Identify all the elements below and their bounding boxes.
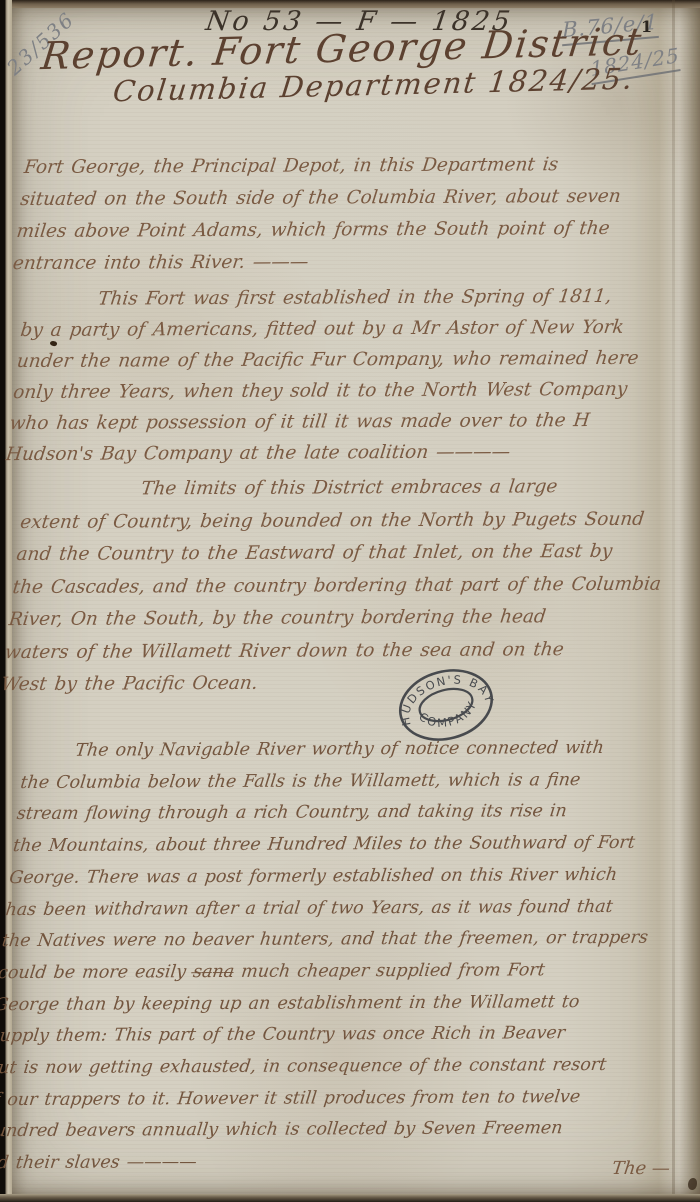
manuscript-line: stream flowing through a rich Country, a…: [15, 796, 679, 831]
manuscript-line: only three Years, when they sold it to t…: [11, 374, 675, 408]
manuscript-line: George than by keeping up an establishme…: [0, 986, 656, 1021]
manuscript-line: who has kept possession of it till it wa…: [8, 405, 672, 439]
manuscript-line: the Mountains, about three Hundred Miles…: [11, 828, 675, 863]
manuscript-line: The limits of this District embraces a l…: [22, 471, 686, 507]
catchword: The —: [611, 1158, 672, 1179]
manuscript-line: supply them: This part of the Country wa…: [0, 1018, 652, 1053]
manuscript-line: and their slaves ————: [0, 1145, 638, 1180]
manuscript-line: by a party of Americans, fitted out by a…: [19, 312, 683, 346]
manuscript-line: Fort George, the Principal Depot, in thi…: [22, 149, 686, 184]
manuscript-line: has been withdrawn after a trial of two …: [4, 891, 668, 926]
manuscript-line: of our trappers to it. However it still …: [0, 1081, 645, 1116]
manuscript-page: { "annotations": { "folio_ink": "No 53 —…: [0, 0, 700, 1202]
report-title: Report. Fort George District Columbia De…: [35, 19, 645, 110]
manuscript-line: the Columbia below the Falls is the Will…: [19, 764, 683, 799]
manuscript-line: The only Navigable River worthy of notic…: [22, 733, 686, 768]
manuscript-line: Hundred beavers annually which is collec…: [0, 1113, 641, 1148]
manuscript-line: West by the Pacific Ocean.: [0, 666, 663, 702]
manuscript-line: entrance into this River. ———: [11, 245, 675, 280]
paragraph-district-limits: The limits of this District embraces a l…: [0, 471, 686, 702]
manuscript-line: George. There was a post formerly establ…: [7, 859, 671, 894]
paragraph-fort-george: Fort George, the Principal Depot, in thi…: [11, 149, 686, 281]
manuscript-line: Hudson's Bay Company at the late coaliti…: [4, 436, 668, 470]
manuscript-line: waters of the Willamett River down to th…: [3, 633, 667, 669]
manuscript-line: under the name of the Pacific Fur Compan…: [15, 343, 679, 377]
manuscript-line: This Fort was first established in the S…: [22, 281, 686, 315]
manuscript-line: situated on the South side of the Columb…: [18, 181, 682, 216]
manuscript-line: but is now getting exhausted, in consequ…: [0, 1050, 649, 1085]
manuscript-line: River, On the South, by the country bord…: [7, 601, 671, 637]
manuscript-line: and the Country to the Eastward of that …: [15, 536, 679, 572]
manuscript-line: the Cascades, and the country bordering …: [11, 568, 675, 604]
paragraph-willamett-river: The only Navigable River worthy of notic…: [0, 733, 686, 1181]
manuscript-line: could be more easily s̶a̶n̶a̶ much cheap…: [0, 955, 660, 990]
manuscript-line: extent of Country, being bounded on the …: [18, 503, 682, 539]
book-bottom-edge: [0, 1194, 700, 1202]
manuscript-line: the Natives were no beaver hunters, and …: [0, 923, 664, 958]
manuscript-line: miles above Point Adams, which forms the…: [15, 213, 679, 248]
paragraph-fort-history: This Fort was first established in the S…: [4, 281, 686, 471]
